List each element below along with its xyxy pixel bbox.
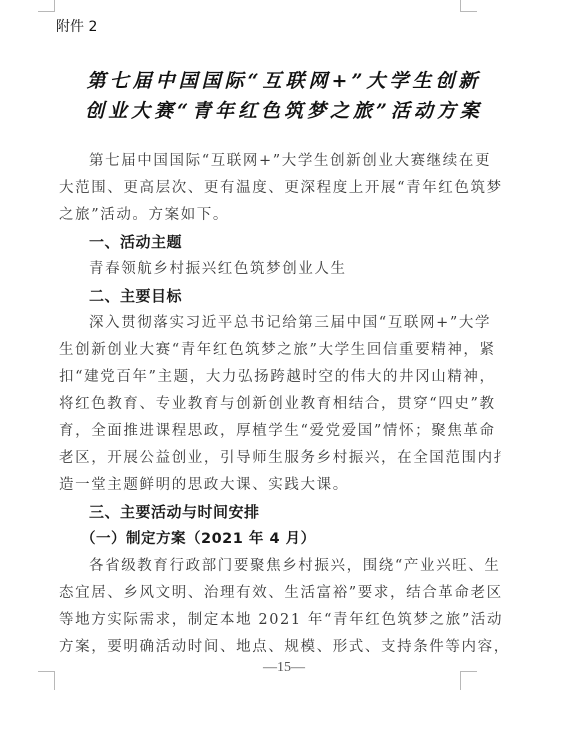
section-heading-1: 一、活动主题 [59, 229, 501, 256]
paragraph-line: 扣“建党百年”主题，大力弘扬跨越时空的伟大的井冈山精神， [59, 364, 501, 391]
attachment-label: 附件 2 [56, 16, 97, 36]
paragraph-line: 各省级教育行政部门要聚焦乡村振兴，围绕“产业兴旺、生 [59, 553, 501, 580]
paragraph-line: 青春领航乡村振兴红色筑梦创业人生 [59, 256, 501, 283]
paragraph-line: 育，全面推进课程思政，厚植学生“爱党爱国”情怀；聚焦革命 [59, 418, 501, 445]
paragraph-line: 方案，要明确活动时间、地点、规模、形式、支持条件等内容， [59, 634, 501, 661]
paragraph-line: 之旅”活动。方案如下。 [59, 202, 501, 229]
paragraph-line: 生创新创业大赛“青年红色筑梦之旅”大学生回信重要精神，紧 [59, 337, 501, 364]
page-number: —15— [0, 660, 568, 676]
page-corner-mark-top-right [460, 0, 477, 12]
paragraph-line: 将红色教育、专业教育与创新创业教育相结合，贯穿“四史”教 [59, 391, 501, 418]
section-heading-3: 三、主要活动与时间安排 [59, 499, 501, 526]
subsection-heading-1: （一）制定方案（2021 年 4 月） [59, 526, 501, 553]
title-line-2: 创业大赛“青年红色筑梦之旅”活动方案 [0, 96, 568, 126]
page-corner-mark-top-left [38, 0, 55, 12]
document-title: 第七届中国国际“互联网+”大学生创新 创业大赛“青年红色筑梦之旅”活动方案 [0, 66, 568, 126]
paragraph-line: 第七届中国国际“互联网+”大学生创新创业大赛继续在更 [59, 148, 501, 175]
paragraph-line: 老区，开展公益创业，引导师生服务乡村振兴，在全国范围内打 [59, 445, 501, 472]
document-body: 第七届中国国际“互联网+”大学生创新创业大赛继续在更 大范围、更高层次、更有温度… [59, 148, 501, 661]
paragraph-line: 等地方实际需求，制定本地 2021 年“青年红色筑梦之旅”活动 [59, 607, 501, 634]
paragraph-line: 造一堂主题鲜明的思政大课、实践大课。 [59, 472, 501, 499]
paragraph-line: 深入贯彻落实习近平总书记给第三届中国“互联网+”大学 [59, 310, 501, 337]
title-line-1: 第七届中国国际“互联网+”大学生创新 [0, 66, 568, 96]
section-heading-2: 二、主要目标 [59, 283, 501, 310]
paragraph-line: 态宜居、乡风文明、治理有效、生活富裕”要求，结合革命老区 [59, 580, 501, 607]
paragraph-line: 大范围、更高层次、更有温度、更深程度上开展“青年红色筑梦 [59, 175, 501, 202]
